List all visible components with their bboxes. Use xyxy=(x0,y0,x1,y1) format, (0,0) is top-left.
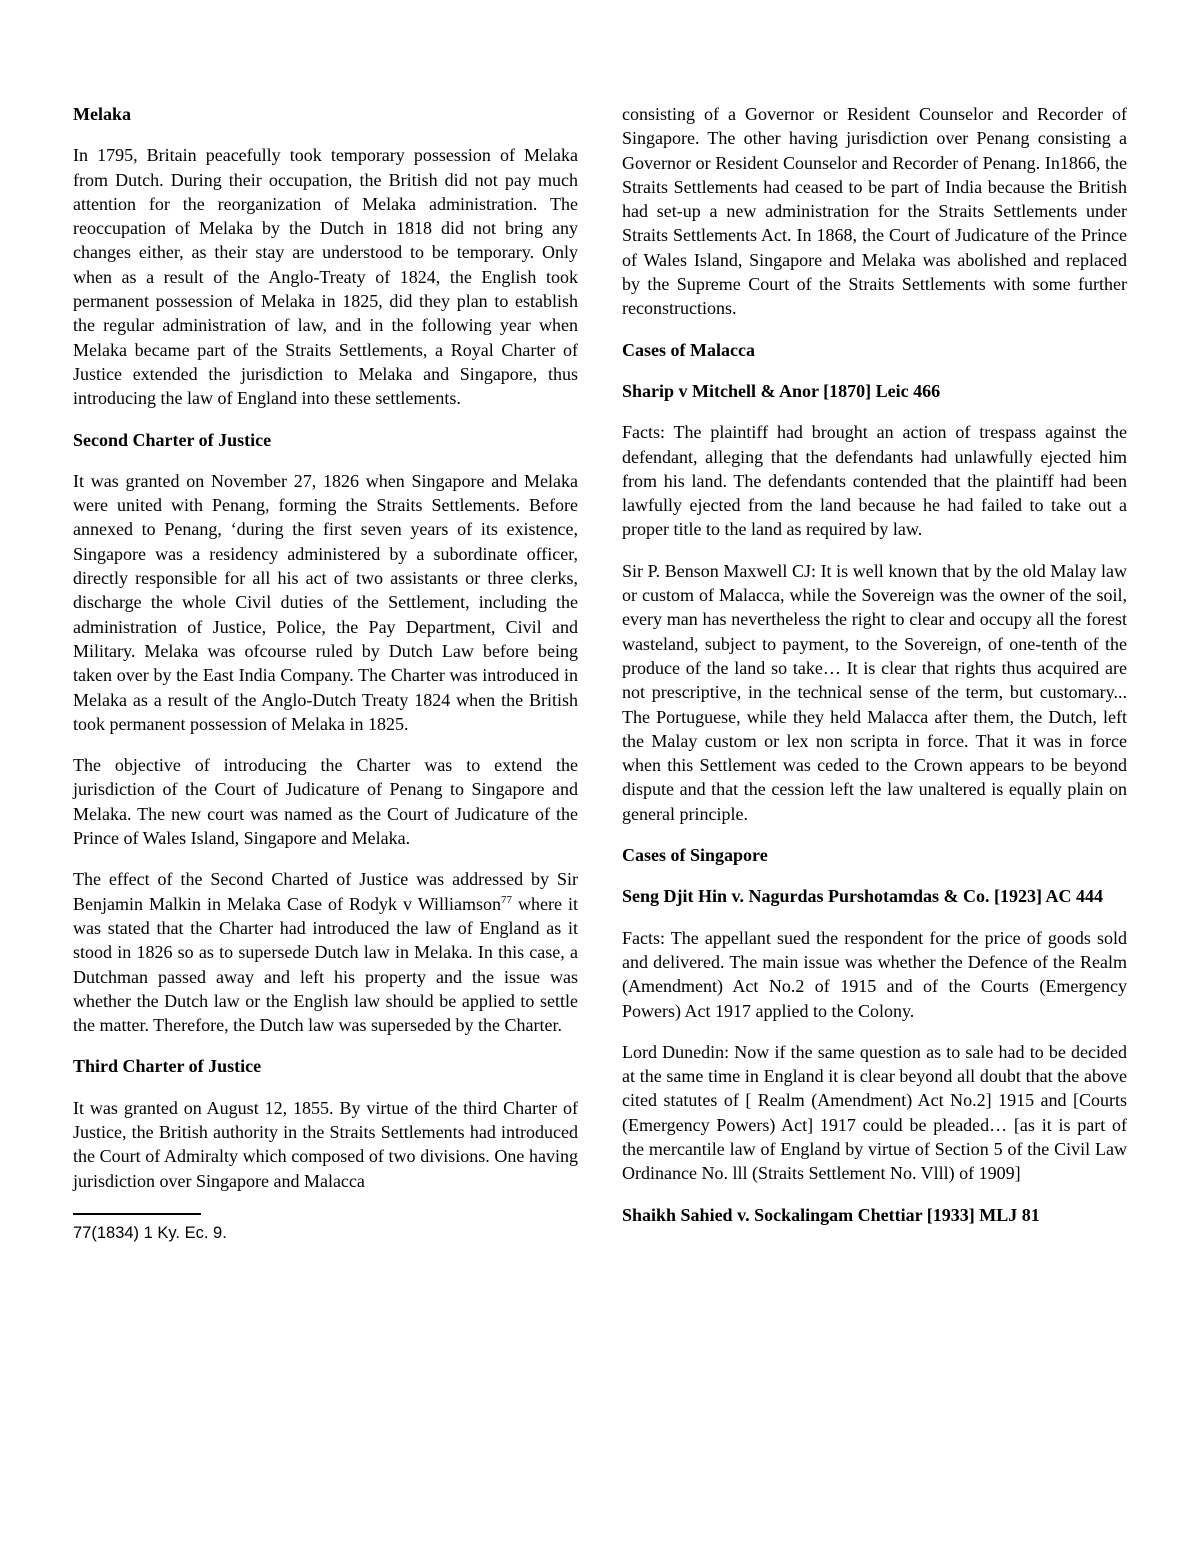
footnote-separator xyxy=(73,1213,201,1215)
case-heading-seng-djit-hin: Seng Djit Hin v. Nagurdas Purshotamdas &… xyxy=(622,884,1127,908)
text-run: It was granted on November 27, 1826 when… xyxy=(73,471,578,734)
body-paragraph: consisting of a Governor or Resident Cou… xyxy=(622,102,1127,321)
text-run: The objective of introducing the Charter… xyxy=(73,755,578,848)
case-heading-sharip-v-mitchell: Sharip v Mitchell & Anor [1870] Leic 466 xyxy=(622,379,1127,403)
text-run: Shaikh Sahied v. Sockalingam Chettiar [1… xyxy=(622,1205,1040,1225)
text-run: Sir P. Benson Maxwell CJ: It is well kno… xyxy=(622,561,1127,824)
footnote-text: 77(1834) 1 Ky. Ec. 9. xyxy=(73,1222,578,1244)
document-page: MelakaIn 1795, Britain peacefully took t… xyxy=(0,0,1200,1553)
body-paragraph: Lord Dunedin: Now if the same question a… xyxy=(622,1040,1127,1186)
body-paragraph: Sir P. Benson Maxwell CJ: It is well kno… xyxy=(622,559,1127,826)
footnote: 77(1834) 1 Ky. Ec. 9. xyxy=(73,1213,578,1244)
case-heading-shaikh-sahied: Shaikh Sahied v. Sockalingam Chettiar [1… xyxy=(622,1203,1127,1227)
section-heading-third-charter: Third Charter of Justice xyxy=(73,1054,578,1078)
section-heading-melaka: Melaka xyxy=(73,102,578,126)
body-paragraph: It was granted on November 27, 1826 when… xyxy=(73,469,578,736)
footnote-reference: 77 xyxy=(501,894,512,906)
text-run: Third Charter of Justice xyxy=(73,1056,261,1076)
body-paragraph: It was granted on August 12, 1855. By vi… xyxy=(73,1096,578,1193)
section-heading-cases-of-singapore: Cases of Singapore xyxy=(622,843,1127,867)
text-run: Lord Dunedin: Now if the same question a… xyxy=(622,1042,1127,1183)
body-paragraph-with-footnote-ref: The effect of the Second Charted of Just… xyxy=(73,867,578,1037)
text-run: In 1795, Britain peacefully took tempora… xyxy=(73,145,578,408)
text-run: The effect of the Second Charted of Just… xyxy=(73,869,578,913)
text-run: where it was stated that the Charter had… xyxy=(73,894,578,1035)
text-run: Melaka xyxy=(73,104,131,124)
text-run: Seng Djit Hin v. Nagurdas Purshotamdas &… xyxy=(622,886,1103,906)
section-heading-cases-of-malacca: Cases of Malacca xyxy=(622,338,1127,362)
text-run: Sharip v Mitchell & Anor [1870] Leic 466 xyxy=(622,381,940,401)
text-run: Cases of Singapore xyxy=(622,845,768,865)
text-run: Facts: The plaintiff had brought an acti… xyxy=(622,422,1127,539)
body-paragraph: In 1795, Britain peacefully took tempora… xyxy=(73,143,578,410)
body-paragraph: Facts: The appellant sued the respondent… xyxy=(622,926,1127,1023)
section-heading-second-charter: Second Charter of Justice xyxy=(73,428,578,452)
text-run: Facts: The appellant sued the respondent… xyxy=(622,928,1127,1021)
text-run: Second Charter of Justice xyxy=(73,430,271,450)
text-run: consisting of a Governor or Resident Cou… xyxy=(622,104,1127,318)
text-run: It was granted on August 12, 1855. By vi… xyxy=(73,1098,578,1191)
right-column: consisting of a Governor or Resident Cou… xyxy=(622,102,1127,1244)
body-paragraph: The objective of introducing the Charter… xyxy=(73,753,578,850)
two-column-layout: MelakaIn 1795, Britain peacefully took t… xyxy=(73,102,1128,1244)
body-paragraph: Facts: The plaintiff had brought an acti… xyxy=(622,420,1127,541)
left-column: MelakaIn 1795, Britain peacefully took t… xyxy=(73,102,578,1244)
text-run: Cases of Malacca xyxy=(622,340,755,360)
